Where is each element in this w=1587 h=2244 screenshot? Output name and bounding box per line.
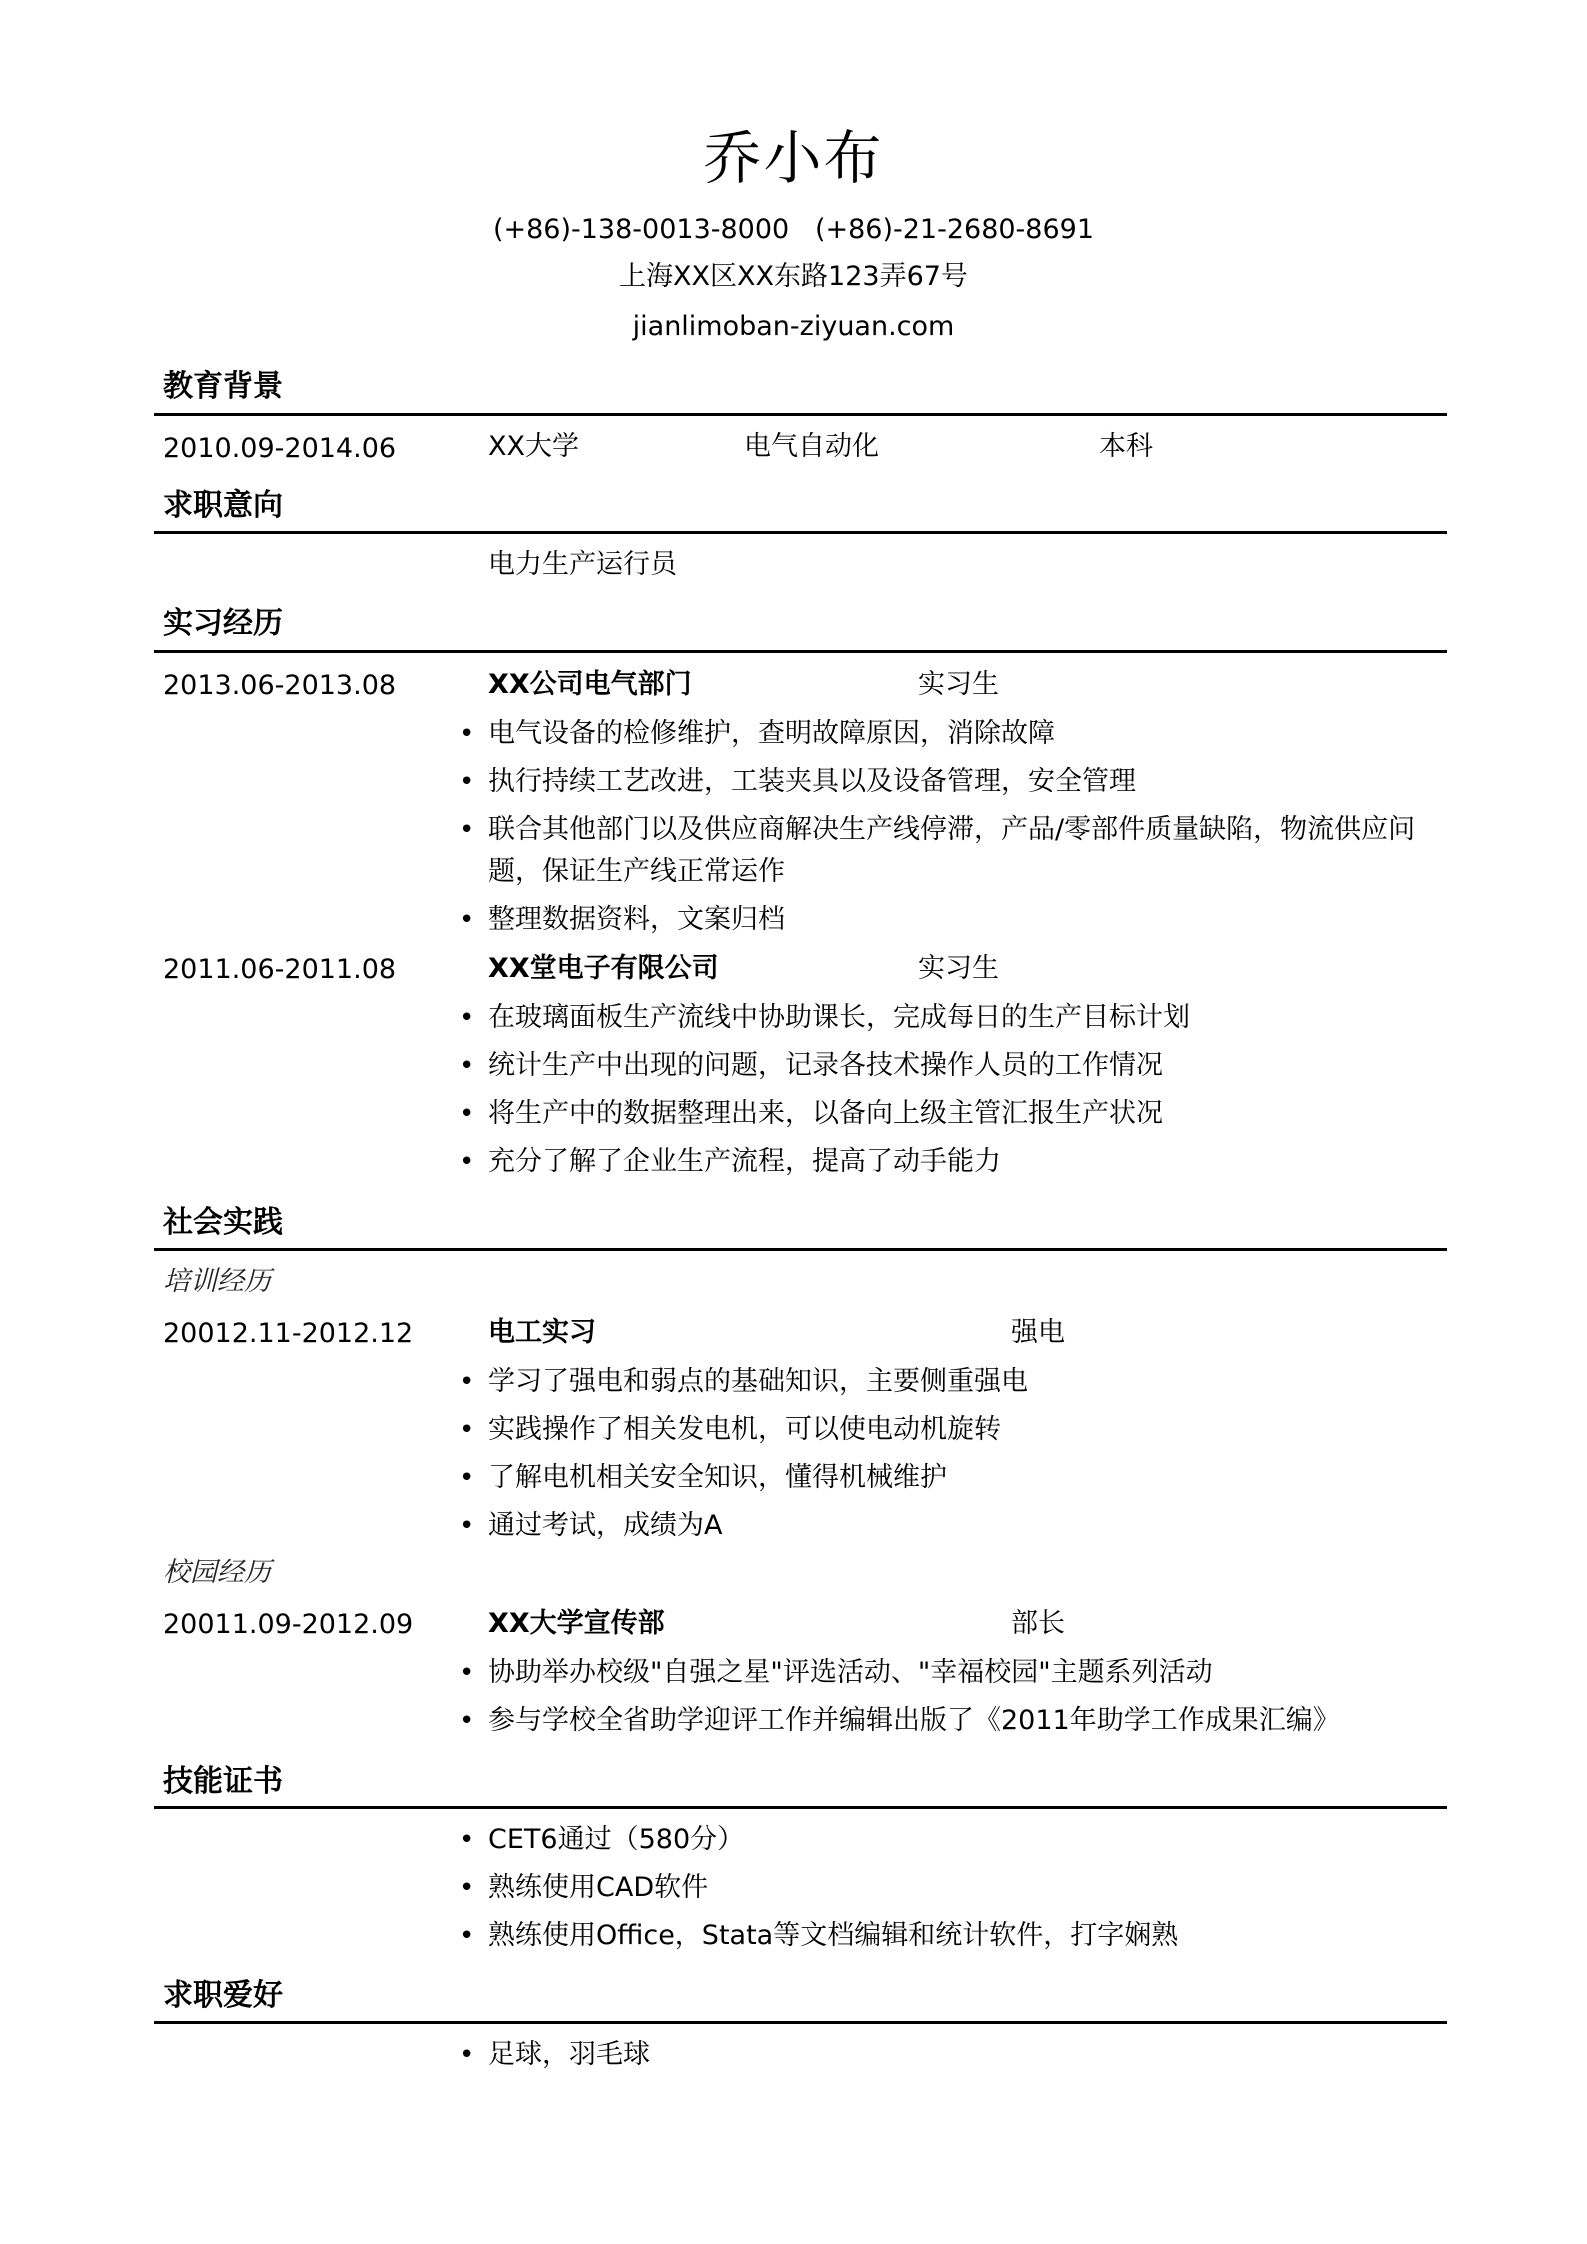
internship-1-role: 实习生: [918, 668, 999, 702]
list-item: 充分了解了企业生产流程，提高了动手能力: [459, 1141, 1449, 1183]
section-title-hobbies: 求职爱好: [163, 1977, 283, 2015]
internship-2-date: 2011.06-2011.08: [163, 953, 396, 987]
campus-role: 部长: [1011, 1607, 1065, 1641]
training-details: 学习了强电和弱点的基础知识，主要侧重强电 实践操作了相关发电机，可以使电动机旋转…: [459, 1361, 1449, 1553]
company-prefix: XX: [488, 669, 530, 700]
training-date: 20012.11-2012.12: [163, 1317, 413, 1351]
section-divider: [154, 650, 1447, 653]
list-item: 联合其他部门以及供应商解决生产线停滞，产品/零部件质量缺陷，物流供应问题，保证生…: [459, 809, 1449, 893]
company-name: 堂电子有限公司: [530, 953, 719, 984]
address: 上海XX区XX东路123弄67号: [0, 260, 1587, 294]
campus-details: 协助举办校级"自强之星"评选活动、"幸福校园"主题系列活动 参与学校全省助学迎评…: [459, 1652, 1449, 1748]
list-item: 熟练使用Office，Stata等文档编辑和统计软件，打字娴熟: [459, 1915, 1449, 1957]
list-item: 在玻璃面板生产流线中协助课长，完成每日的生产目标计划: [459, 997, 1449, 1039]
internship-1-duties: 电气设备的检修维护，查明故障原因，消除故障 执行持续工艺改进，工装夹具以及设备管…: [459, 713, 1449, 947]
list-item: 学习了强电和弱点的基础知识，主要侧重强电: [459, 1361, 1449, 1403]
list-item: 通过考试，成绩为A: [459, 1505, 1449, 1547]
section-title-education: 教育背景: [163, 368, 283, 406]
objective-position: 电力生产运行员: [488, 548, 677, 582]
subsection-training: 培训经历: [163, 1265, 271, 1299]
section-title-skills: 技能证书: [163, 1763, 283, 1801]
subsection-campus: 校园经历: [163, 1556, 271, 1590]
list-item: 熟练使用CAD软件: [459, 1867, 1449, 1909]
internship-1-company: XX公司电气部门: [488, 668, 692, 702]
internship-2-duties: 在玻璃面板生产流线中协助课长，完成每日的生产目标计划 统计生产中出现的问题，记录…: [459, 997, 1449, 1189]
list-item: 了解电机相关安全知识，懂得机械维护: [459, 1457, 1449, 1499]
section-divider: [154, 531, 1447, 534]
candidate-name: 乔小布: [0, 122, 1587, 194]
internship-2-company: XX堂电子有限公司: [488, 952, 719, 986]
education-degree: 本科: [1099, 430, 1153, 464]
section-title-internships: 实习经历: [163, 605, 283, 643]
website-link[interactable]: jianlimoban-ziyuan.com: [0, 310, 1587, 344]
list-item: 执行持续工艺改进，工装夹具以及设备管理，安全管理: [459, 761, 1449, 803]
list-item: 参与学校全省助学迎评工作并编辑出版了《2011年助学工作成果汇编》: [459, 1700, 1449, 1742]
section-divider: [154, 1248, 1447, 1251]
list-item: 协助举办校级"自强之星"评选活动、"幸福校园"主题系列活动: [459, 1652, 1449, 1694]
list-item: 足球，羽毛球: [459, 2034, 1449, 2076]
section-title-social: 社会实践: [163, 1204, 283, 1242]
training-org: 电工实习: [488, 1316, 596, 1350]
education-school: XX大学: [488, 430, 579, 464]
list-item: 实践操作了相关发电机，可以使电动机旋转: [459, 1409, 1449, 1451]
company-prefix: XX: [488, 953, 530, 984]
list-item: 统计生产中出现的问题，记录各技术操作人员的工作情况: [459, 1045, 1449, 1087]
list-item: 将生产中的数据整理出来，以备向上级主管汇报生产状况: [459, 1093, 1449, 1135]
org-prefix: XX: [488, 1608, 530, 1639]
internship-2-role: 实习生: [918, 952, 999, 986]
list-item: 电气设备的检修维护，查明故障原因，消除故障: [459, 713, 1449, 755]
org-name: 大学宣传部: [530, 1608, 665, 1639]
internship-1-date: 2013.06-2013.08: [163, 669, 396, 703]
campus-org: XX大学宣传部: [488, 1607, 665, 1641]
phone-numbers: (+86)-138-0013-8000 (+86)-21-2680-8691: [0, 213, 1587, 247]
company-name: 公司电气部门: [530, 669, 692, 700]
campus-date: 20011.09-2012.09: [163, 1608, 413, 1642]
list-item: CET6通过（580分）: [459, 1819, 1449, 1861]
education-date: 2010.09-2014.06: [163, 432, 396, 466]
list-item: 整理数据资料，文案归档: [459, 899, 1449, 941]
skills-list: CET6通过（580分） 熟练使用CAD软件 熟练使用Office，Stata等…: [459, 1819, 1449, 1963]
section-divider: [154, 1806, 1447, 1809]
education-major: 电气自动化: [744, 430, 879, 464]
section-divider: [154, 413, 1447, 416]
section-title-objective: 求职意向: [163, 487, 283, 525]
section-divider: [154, 2021, 1447, 2024]
hobbies-list: 足球，羽毛球: [459, 2034, 1449, 2082]
training-role: 强电: [1011, 1316, 1065, 1350]
